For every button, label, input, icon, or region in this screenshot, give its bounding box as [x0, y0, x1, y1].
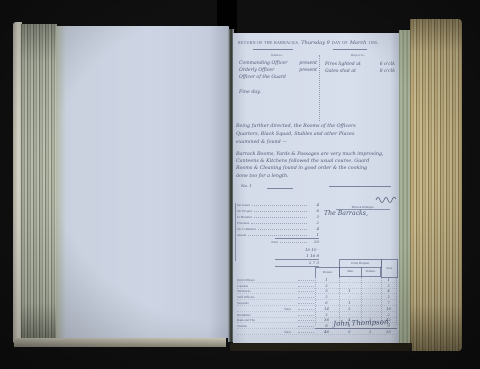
cell: 5 [338, 328, 360, 334]
right-column-heading: Reports. [321, 53, 395, 57]
row-label: Staff Officers [237, 295, 297, 299]
row-value: 3 [309, 214, 319, 219]
row-label: Field Officers [237, 278, 297, 282]
dotted-leader [298, 303, 314, 304]
header-rule-left [253, 49, 293, 50]
dotted-leader [298, 286, 314, 287]
column-divider [339, 277, 340, 325]
cell: · [360, 306, 380, 311]
handwritten-paragraph-two: Barrack Rooms, Yards & Passages are very… [236, 151, 400, 180]
row-label: Drummers [237, 313, 297, 317]
col-header-men: Men. [339, 267, 362, 277]
cell: 2 [380, 283, 397, 288]
dotted-leader [254, 217, 307, 218]
cell: 53 [380, 328, 397, 334]
cell: · [338, 294, 360, 299]
dotted-leader [258, 229, 307, 230]
note-rule-left [267, 188, 293, 189]
dotted-leader [298, 309, 314, 310]
damages-handwritten-note: The Barracks, [324, 210, 368, 217]
row-value: 4 [309, 226, 319, 231]
right-column-entries: Fires lighted at 6 o'clk Gates shut at 8… [325, 61, 395, 75]
row-value: 1 [309, 232, 319, 237]
row-label: Serjeants [237, 301, 297, 305]
left-column-heading: Names. [237, 53, 317, 57]
cell: · [338, 283, 360, 288]
right-page: RETURN OF THE BARRACKS, Thursday 9 DAY O… [233, 33, 400, 344]
cell: 2 [380, 294, 397, 299]
row-label: Rank and File [237, 318, 297, 322]
cell: · [360, 283, 380, 288]
note-label: No. 1 [241, 183, 252, 188]
entry-note: 8 o'clk [380, 68, 395, 75]
dotted-leader [298, 291, 314, 292]
entry-note: present [299, 67, 317, 74]
dotted-leader [254, 211, 307, 212]
entry-note: 6 o'clk [380, 61, 395, 68]
form-title: RETURN OF THE BARRACKS, [238, 40, 299, 45]
cell: 2 [380, 312, 397, 317]
cell: 2 [360, 328, 380, 334]
cell: · [338, 277, 360, 282]
note-rule-right [329, 186, 391, 187]
paragraph-line: Barrack Rooms, Yards & Passages are very… [236, 151, 400, 158]
col-header-women: Women. [361, 267, 381, 277]
row-label: Total [237, 330, 297, 334]
dotted-leader [298, 320, 314, 321]
cell: · [360, 277, 380, 282]
row-value: 4 [309, 202, 319, 207]
cell: 2 [315, 294, 339, 299]
photo-background: RETURN OF THE BARRACKS, Thursday 9 DAY O… [0, 0, 480, 369]
row-label: On Guard [237, 203, 250, 207]
dotted-leader [248, 235, 307, 236]
cell: 6 [315, 300, 339, 305]
entry-line: Fires lighted at 6 o'clk [325, 61, 395, 68]
left-page-edges [21, 24, 57, 341]
entry-text: Officer of the Guard [239, 74, 286, 81]
entry-line: Commanding Officer present [239, 60, 317, 67]
row-label: Absent [237, 233, 246, 237]
form-year: 1856. [368, 40, 379, 45]
weather-note: Fine day. [239, 90, 317, 95]
grand-total-row: Total 46 5 2 53 [237, 329, 397, 335]
paragraph-line: Being further directed, the Rooms of the… [236, 123, 398, 131]
row-label: Captains [237, 284, 297, 288]
paragraph-line: Quarters, Black Squad, Stables and other… [236, 131, 398, 139]
col-header-total: Total. [381, 259, 398, 278]
column-divider [361, 277, 362, 325]
row-label: Women [237, 324, 297, 328]
form-day-of: DAY OF [332, 40, 348, 45]
entry-text: Orderly Officer [239, 67, 274, 74]
col-header-present: Present. [315, 267, 340, 277]
paragraph-line: Rooms & Cleaning found in good order & t… [236, 165, 400, 172]
header-rule-right [333, 49, 367, 50]
book-bottom-edge-right [230, 343, 412, 351]
cell: · [360, 294, 380, 299]
cell: 14 [315, 306, 339, 311]
two-column-section: Names. Reports. Commanding Officer prese… [237, 52, 397, 125]
paragraph-line: examined & found — [236, 139, 398, 147]
cell: 16 [380, 306, 397, 311]
entry-text: Commanding Officer [239, 60, 287, 67]
row-value: 2 [309, 220, 319, 225]
column-divider [315, 277, 316, 325]
row-label: Prisoners [237, 221, 249, 225]
row-label: Subalterns [237, 289, 297, 293]
total-label: Total [271, 240, 278, 244]
paragraph-line: Canteens & Kitchens followed the usual c… [236, 158, 400, 165]
table-row: Absent 1 [237, 231, 319, 237]
dotted-leader [251, 223, 307, 224]
entry-line: Orderly Officer present [239, 67, 317, 74]
cell: 46 [315, 328, 339, 334]
cell: · [338, 312, 360, 317]
entry-text: Gates shut at [325, 68, 356, 75]
cell: · [360, 288, 380, 293]
muster-table-header: Present. In the Hospital. Men. Women. To… [237, 257, 397, 277]
cell: 1 [338, 300, 360, 305]
cell: 2 [315, 283, 339, 288]
cell: · [360, 312, 380, 317]
strength-table: On Guard 4 On Picquet 6 In Hospital 3 Pr… [237, 201, 319, 244]
column-divider [319, 55, 320, 121]
row-label: On Command [237, 227, 256, 231]
cell: 7 [380, 300, 397, 305]
left-blank-page [56, 26, 229, 338]
handwritten-day: Thursday 9 [301, 40, 330, 46]
dotted-leader [298, 315, 314, 316]
right-page-edges [410, 19, 462, 351]
row-label: Total [237, 307, 297, 311]
left-column-entries: Commanding Officer present Orderly Offic… [239, 60, 317, 95]
entry-note: present [299, 60, 317, 67]
dotted-leader [252, 205, 307, 206]
cell: 2 [315, 312, 339, 317]
cell: 2 [338, 306, 360, 311]
table-bracket [235, 203, 236, 261]
dotted-leader [280, 242, 307, 243]
cell: 1 [315, 277, 339, 282]
total-value: 20 [309, 239, 319, 244]
entry-text: Fires lighted at [325, 61, 361, 68]
dotted-leader [298, 280, 314, 281]
dotted-leader [298, 332, 314, 333]
cell: 4 [380, 288, 397, 293]
book-bottom-edge-left [14, 338, 226, 347]
cell: 3 [315, 288, 339, 293]
row-label: On Picquet [237, 209, 252, 213]
paragraph-line: done too for a length. [236, 173, 400, 180]
cell: · [360, 300, 380, 305]
entry-line: Officer of the Guard [239, 74, 317, 81]
form-header: RETURN OF THE BARRACKS, Thursday 9 DAY O… [238, 40, 398, 46]
handwritten-paragraph-one: Being further directed, the Rooms of the… [236, 123, 398, 147]
right-page-content: RETURN OF THE BARRACKS, Thursday 9 DAY O… [233, 33, 400, 344]
dotted-leader [298, 297, 314, 298]
entry-line: Gates shut at 8 o'clk [325, 68, 395, 75]
row-value: 6 [309, 208, 319, 213]
total-rule [275, 238, 319, 239]
ink-scribble [375, 195, 397, 203]
row-label: In Hospital [237, 215, 252, 219]
dotted-leader [298, 326, 314, 327]
cell: 1 [338, 288, 360, 293]
handwritten-month: March [350, 40, 367, 46]
